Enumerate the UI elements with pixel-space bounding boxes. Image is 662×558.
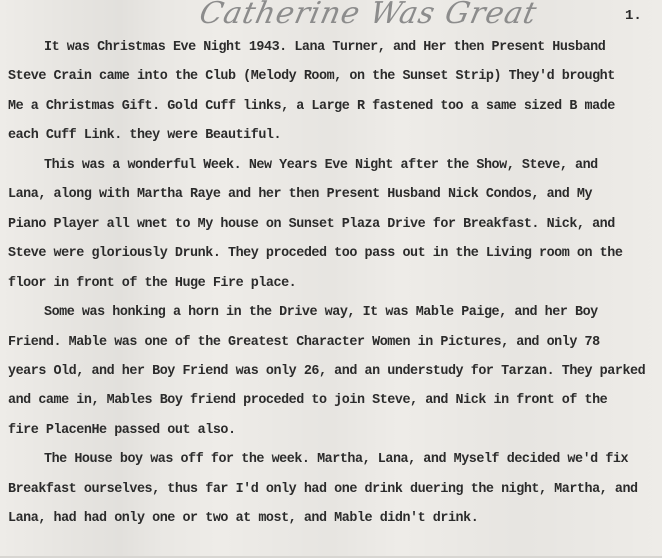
text-line: Some was honking a horn in the Drive way… [44, 305, 598, 320]
text-line: Lana, along with Martha Raye and her the… [8, 187, 592, 202]
text-line: years Old, and her Boy Friend was only 2… [8, 364, 645, 379]
text-line: Steve were gloriously Drunk. They proced… [8, 246, 622, 261]
typewritten-page: Catherine Was Great 1. It was Christmas … [0, 0, 662, 558]
text-line: each Cuff Link. they were Beautiful. [8, 128, 281, 143]
text-line: floor in front of the Huge Fire place. [8, 276, 296, 291]
text-line: Breakfast ourselves, thus far I'd only h… [8, 482, 638, 497]
text-line: Piano Player all wnet to My house on Sun… [8, 217, 615, 232]
text-line: This was a wonderful Week. New Years Eve… [44, 158, 598, 173]
handwritten-title: Catherine Was Great [196, 0, 540, 31]
text-line: fire PlacenHe passed out also. [8, 423, 236, 438]
text-line: It was Christmas Eve Night 1943. Lana Tu… [44, 40, 605, 55]
text-line: Friend. Mable was one of the Greatest Ch… [8, 335, 600, 350]
text-line: Lana, had had only one or two at most, a… [8, 511, 478, 526]
page-number: 1. [625, 8, 642, 24]
text-line: The House boy was off for the week. Mart… [44, 452, 628, 467]
text-line: and came in, Mables Boy friend proceded … [8, 393, 607, 408]
text-line: Steve Crain came into the Club (Melody R… [8, 69, 615, 84]
text-line: Me a Christmas Gift. Gold Cuff links, a … [8, 99, 615, 114]
